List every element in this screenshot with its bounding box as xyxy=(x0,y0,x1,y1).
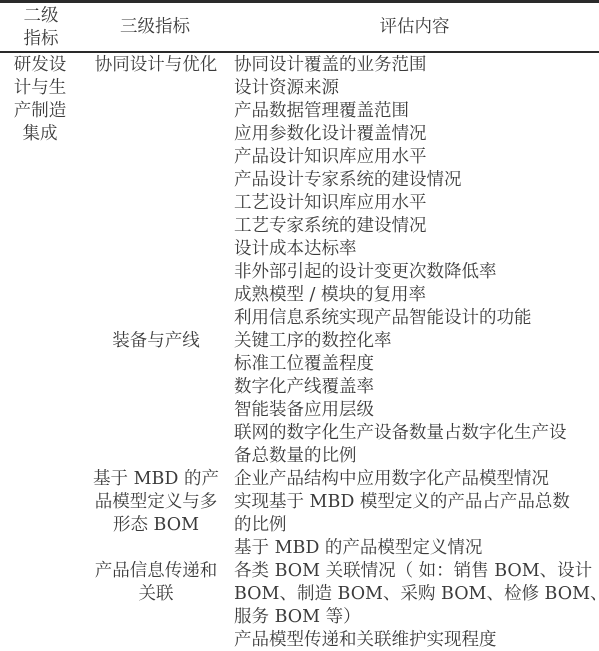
content-line: 产品数据管理覆盖范围 xyxy=(234,100,596,123)
content-line: 服务 BOM 等） xyxy=(234,606,596,629)
content-line: 实现基于 MBD 模型定义的产品占产品总数 xyxy=(234,491,596,514)
level3-indicator-cell: 协同设计与优化 xyxy=(80,54,232,77)
level3-indicator-cell: 基于 MBD 的产品模型定义与多形态 BOM xyxy=(80,468,232,537)
content-item: 设计资源来源 xyxy=(234,77,596,100)
content-item: 设计成本达标率 xyxy=(234,238,596,261)
content-item: 产品设计知识库应用水平 xyxy=(234,146,596,169)
level2-line: 研发设 xyxy=(2,54,78,77)
content-item: 工艺设计知识库应用水平 xyxy=(234,192,596,215)
content-item: 企业产品结构中应用数字化产品模型情况 xyxy=(234,468,596,491)
level3-line: 形态 BOM xyxy=(80,514,232,537)
level3-line: 基于 MBD 的产 xyxy=(80,468,232,491)
header-level2-indicator: 二级 指标 xyxy=(4,5,78,51)
level3-line: 协同设计与优化 xyxy=(80,54,232,77)
content-line: 联网的数字化生产设备数量占数字化生产设 xyxy=(234,422,596,445)
level3-indicator-cell: 装备与产线 xyxy=(80,330,232,353)
header-level2-line: 指标 xyxy=(4,28,78,51)
header-content: 评估内容 xyxy=(232,16,597,39)
content-line: 基于 MBD 的产品模型定义情况 xyxy=(234,537,596,560)
content-item: 应用参数化设计覆盖情况 xyxy=(234,123,596,146)
content-line: 成熟模型 / 模块的复用率 xyxy=(234,284,596,307)
level3-line: 关联 xyxy=(80,583,232,606)
content-line: 协同设计覆盖的业务范围 xyxy=(234,54,596,77)
content-item: 工艺专家系统的建设情况 xyxy=(234,215,596,238)
header-level3-indicator: 三级指标 xyxy=(80,16,230,39)
content-cell: 关键工序的数控化率标准工位覆盖程度数字化产线覆盖率智能装备应用层级联网的数字化生… xyxy=(234,330,596,468)
content-item: 协同设计覆盖的业务范围 xyxy=(234,54,596,77)
content-item: 各类 BOM 关联情况（ 如：销售 BOM、设计BOM、制造 BOM、采购 BO… xyxy=(234,560,596,629)
content-line: 数字化产线覆盖率 xyxy=(234,376,596,399)
level3-line: 品模型定义与多 xyxy=(80,491,232,514)
content-line: 工艺专家系统的建设情况 xyxy=(234,215,596,238)
content-line: 工艺设计知识库应用水平 xyxy=(234,192,596,215)
content-item: 实现基于 MBD 模型定义的产品占产品总数的比例 xyxy=(234,491,596,537)
content-item: 基于 MBD 的产品模型定义情况 xyxy=(234,537,596,560)
content-line: 智能装备应用层级 xyxy=(234,399,596,422)
header-level2-line: 二级 xyxy=(4,5,78,28)
table-header-rule xyxy=(0,51,599,53)
content-line: 产品模型传递和关联维护实现程度 xyxy=(234,629,596,651)
content-item: 产品数据管理覆盖范围 xyxy=(234,100,596,123)
content-item: 成熟模型 / 模块的复用率 xyxy=(234,284,596,307)
content-item: 利用信息系统实现产品智能设计的功能 xyxy=(234,307,596,330)
content-line: 产品设计专家系统的建设情况 xyxy=(234,169,596,192)
content-cell: 协同设计覆盖的业务范围设计资源来源产品数据管理覆盖范围应用参数化设计覆盖情况产品… xyxy=(234,54,596,330)
content-item: 关键工序的数控化率 xyxy=(234,330,596,353)
level3-indicator-cell: 产品信息传递和关联 xyxy=(80,560,232,606)
content-line: 非外部引起的设计变更次数降低率 xyxy=(234,261,596,284)
content-item: 产品模型传递和关联维护实现程度 xyxy=(234,629,596,651)
content-item: 产品设计专家系统的建设情况 xyxy=(234,169,596,192)
content-line: 备总数量的比例 xyxy=(234,445,596,468)
content-line: BOM、制造 BOM、采购 BOM、检修 BOM、 xyxy=(234,583,596,606)
level3-line: 产品信息传递和 xyxy=(80,560,232,583)
content-item: 标准工位覆盖程度 xyxy=(234,353,596,376)
content-item: 联网的数字化生产设备数量占数字化生产设备总数量的比例 xyxy=(234,422,596,468)
content-line: 的比例 xyxy=(234,514,596,537)
content-line: 各类 BOM 关联情况（ 如：销售 BOM、设计 xyxy=(234,560,596,583)
content-line: 关键工序的数控化率 xyxy=(234,330,596,353)
content-cell: 各类 BOM 关联情况（ 如：销售 BOM、设计BOM、制造 BOM、采购 BO… xyxy=(234,560,596,651)
content-line: 企业产品结构中应用数字化产品模型情况 xyxy=(234,468,596,491)
table-header: 二级 指标 三级指标 评估内容 xyxy=(0,3,599,51)
content-item: 智能装备应用层级 xyxy=(234,399,596,422)
content-item: 非外部引起的设计变更次数降低率 xyxy=(234,261,596,284)
level2-line: 计与生 xyxy=(2,77,78,100)
level3-line: 装备与产线 xyxy=(80,330,232,353)
content-line: 标准工位覆盖程度 xyxy=(234,353,596,376)
content-item: 数字化产线覆盖率 xyxy=(234,376,596,399)
content-line: 产品设计知识库应用水平 xyxy=(234,146,596,169)
content-line: 利用信息系统实现产品智能设计的功能 xyxy=(234,307,596,330)
level2-indicator-cell: 研发设 计与生 产制造 集成 xyxy=(2,54,78,146)
level2-line: 产制造 xyxy=(2,100,78,123)
content-cell: 企业产品结构中应用数字化产品模型情况实现基于 MBD 模型定义的产品占产品总数的… xyxy=(234,468,596,560)
content-line: 应用参数化设计覆盖情况 xyxy=(234,123,596,146)
content-line: 设计成本达标率 xyxy=(234,238,596,261)
content-line: 设计资源来源 xyxy=(234,77,596,100)
level2-line: 集成 xyxy=(2,123,78,146)
